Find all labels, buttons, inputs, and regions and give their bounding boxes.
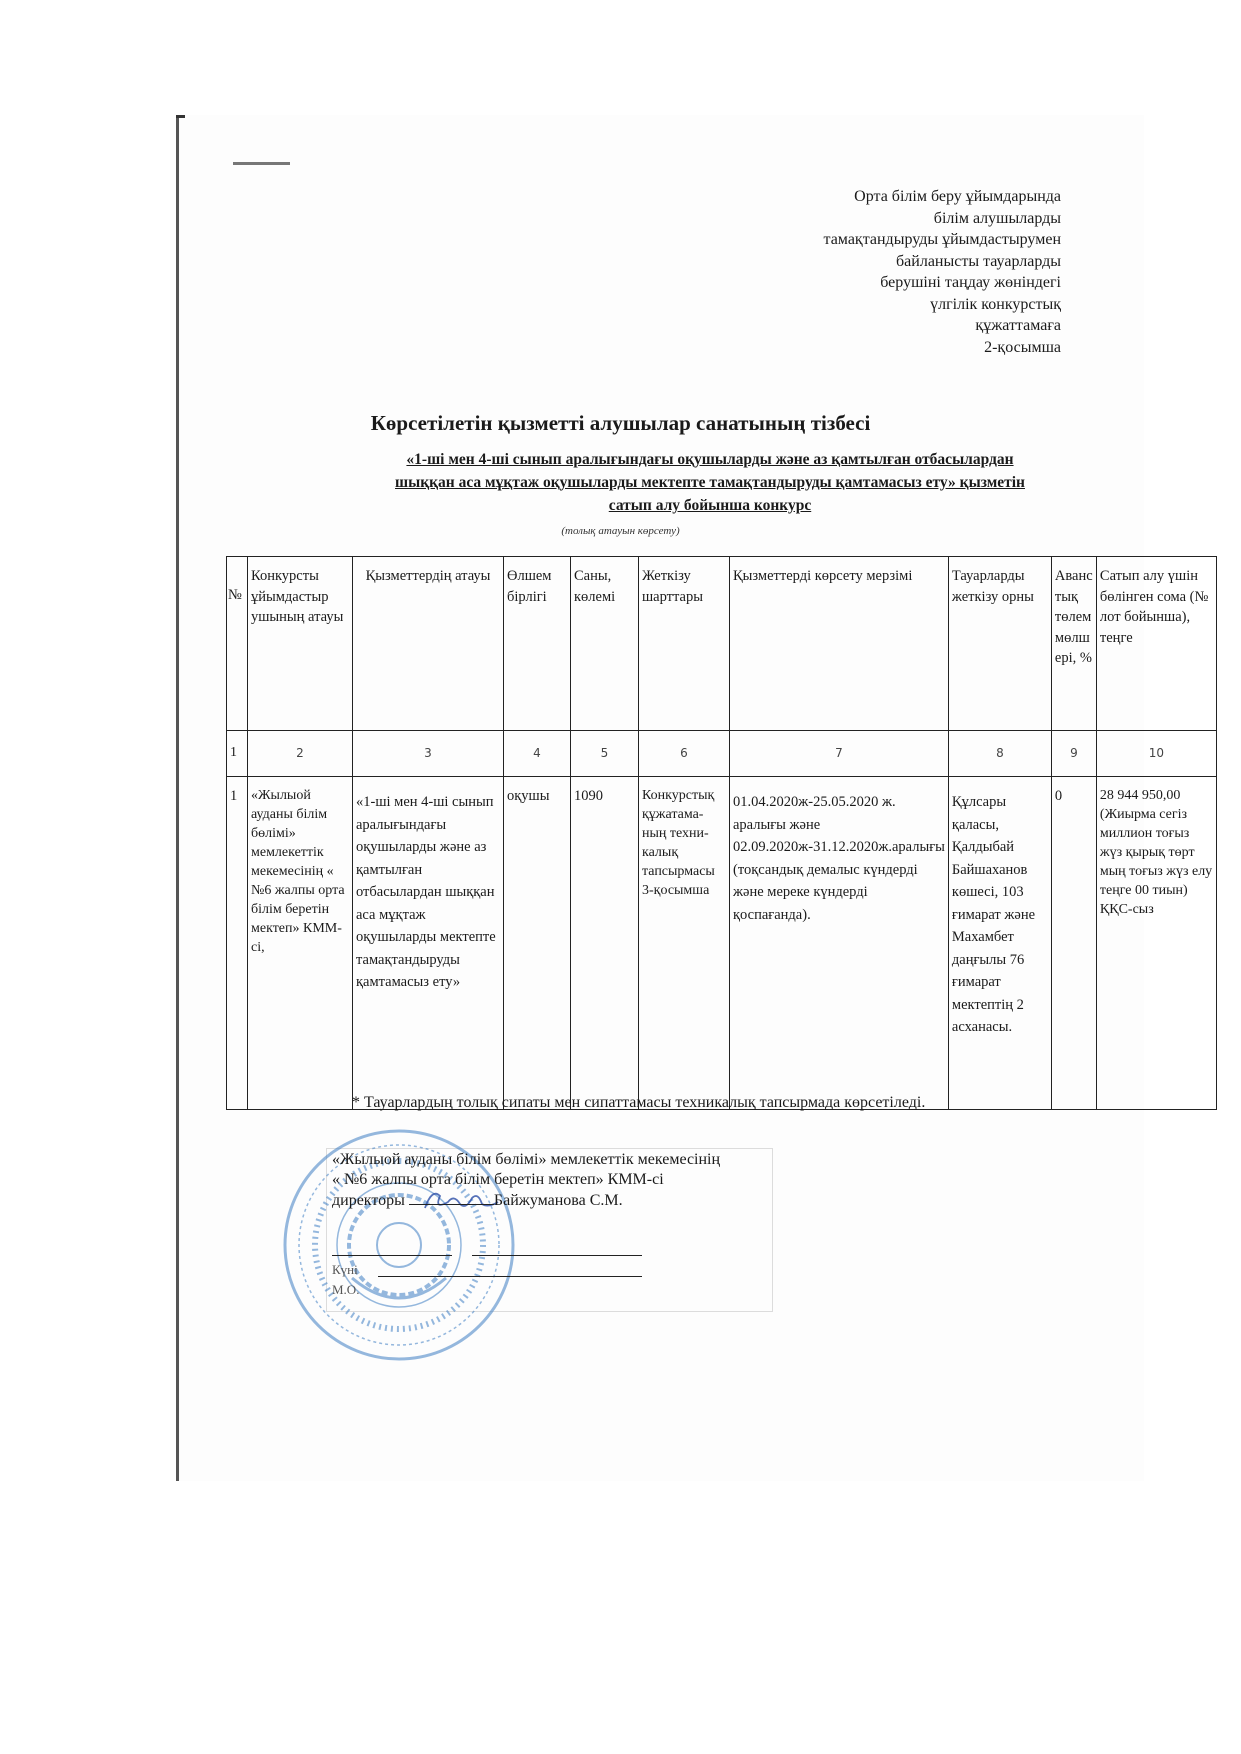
annex-line: құжаттамаға [824,315,1061,337]
cell-amount: 28 944 950,00 (Жиырма сегіз миллион тоғы… [1096,777,1216,1110]
column-number: 2 [248,731,353,777]
column-number: 8 [948,731,1051,777]
header-service: Қызметтердің атауы [353,557,504,731]
seal-label: М.О. [332,1282,359,1298]
column-number: 9 [1051,731,1096,777]
cell-unit: оқушы [504,777,571,1110]
dash-mark [233,162,290,165]
page-edge-line [176,115,179,1481]
header-delivery-terms: Жеткізу шарттары [639,557,730,731]
cell-service: «1-ші мен 4-ші сынып аралығындағы оқушыл… [353,777,504,1110]
table-row: 1 «Жылыой ауданы білім бөлімі» мемлекетт… [227,777,1217,1110]
cell-period: 01.04.2020ж-25.05.2020 ж. аралығы және 0… [730,777,949,1110]
column-number: 6 [639,731,730,777]
header-organizer: Конкурсты ұйымдастыр ушының атауы [248,557,353,731]
column-number: 4 [504,731,571,777]
annex-line: Орта білім беру ұйымдарында [824,186,1061,208]
signature-org-line: « №6 жалпы орта білім беретін мектеп» КМ… [332,1170,720,1190]
cell-number: 1 [227,777,248,1110]
table-header-row: № Конкурсты ұйымдастыр ушының атауы Қызм… [227,557,1217,731]
cell-organizer: «Жылыой ауданы білім бөлімі» мемлекеттік… [248,777,353,1110]
cell-quantity: 1090 [571,777,639,1110]
annex-line: үлгілік конкурстық [824,294,1061,316]
header-amount: Сатып алу үшін бөлінген сома (№ лот бойы… [1096,557,1216,731]
blank-line [332,1255,452,1256]
subtitle-note: (толық атауын көрсету) [0,525,1241,537]
header-advance: Аванс тық төлем мөлш ері, % [1051,557,1096,731]
signature-line [409,1190,494,1205]
column-number: 1 [227,731,248,777]
annex-line: білім алушыларды [824,208,1061,230]
page-corner-mark [176,115,185,118]
date-label: Күні [332,1262,358,1278]
cell-place: Құлсары қаласы, Қалдыбай Байшаханов көше… [948,777,1051,1110]
header-number: № [227,557,248,731]
annex-line: берушіні таңдау жөніндегі [824,272,1061,294]
subtitle-line: шыққан аса мұқтаж оқушыларды мектепте та… [320,471,1100,494]
lot-table: № Конкурсты ұйымдастыр ушының атауы Қызм… [226,556,1217,1110]
header-period: Қызметтерді көрсету мерзімі [730,557,949,731]
subtitle-line: «1-ші мен 4-ші сынып аралығындағы оқушыл… [320,448,1100,471]
signature-name: Байжуманова С.М. [494,1192,623,1209]
subtitle-line: сатып алу бойынша конкурс [320,494,1100,517]
column-number: 5 [571,731,639,777]
column-number: 3 [353,731,504,777]
footnote: * Тауарлардың толық сипаты мен сипаттама… [352,1094,925,1112]
cell-advance: 0 [1051,777,1096,1110]
header-unit: Өлшем бірлігі [504,557,571,731]
annex-line: тамақтандыруды ұйымдастырумен [824,229,1061,251]
annex-reference: Орта білім беру ұйымдарында білім алушыл… [824,186,1061,358]
signature-org-line: «Жылыой ауданы білім бөлімі» мемлекеттік… [332,1150,720,1170]
date-line [378,1276,642,1277]
header-place: Тауарларды жеткізу орны [948,557,1051,731]
column-number-row: 1 2 3 4 5 6 7 8 9 10 [227,731,1217,777]
signature-position: директоры [332,1192,405,1209]
header-quantity: Саны, көлемі [571,557,639,731]
document-title: Көрсетілетін қызметті алушылар санатының… [0,411,1241,436]
signature-block: «Жылыой ауданы білім бөлімі» мемлекеттік… [332,1150,720,1211]
blank-line [472,1255,642,1256]
cell-delivery-terms: Конкурстық құжатама-ның техни-калық тапс… [639,777,730,1110]
column-number: 7 [730,731,949,777]
annex-line: 2-қосымша [824,337,1061,359]
column-number: 10 [1096,731,1216,777]
annex-line: байланысты тауарларды [824,251,1061,273]
document-subtitle: «1-ші мен 4-ші сынып аралығындағы оқушыл… [320,448,1100,517]
